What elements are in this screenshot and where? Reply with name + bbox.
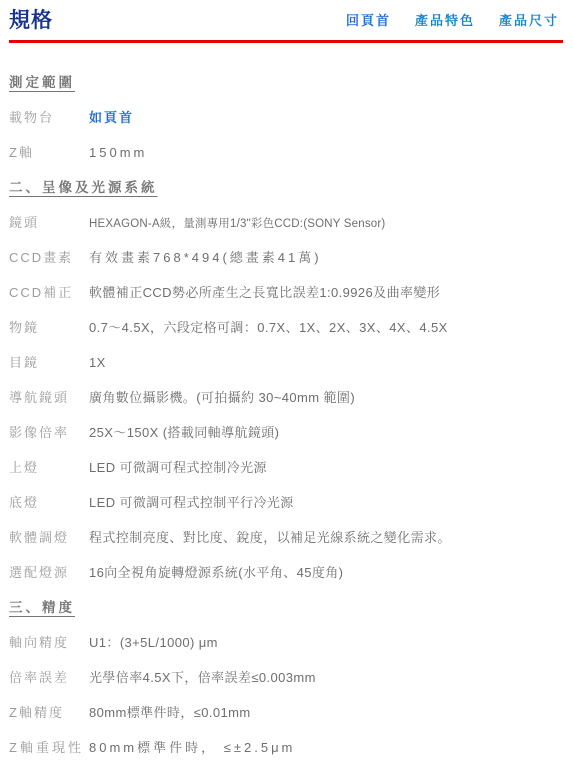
spec-value: 光學倍率4.5X下，倍率誤差≤0.003mm bbox=[89, 671, 316, 685]
spec-row: 導航鏡頭廣角數位攝影機。(可拍攝約 30~40mm 範圍) bbox=[9, 391, 563, 405]
spec-label: 軸向精度 bbox=[9, 636, 89, 650]
spec-section: 二、呈像及光源系統鏡頭HEXAGON-A級，量測專用1/3"彩色CCD:(SON… bbox=[9, 181, 563, 580]
spec-label: 載物台 bbox=[9, 111, 89, 125]
spec-label: 導航鏡頭 bbox=[9, 391, 89, 405]
spec-label: CCD補正 bbox=[9, 286, 89, 300]
spec-label: 選配燈源 bbox=[9, 566, 89, 580]
spec-label: 目鏡 bbox=[9, 356, 89, 370]
spec-label: 底燈 bbox=[9, 496, 89, 510]
spec-row: 倍率誤差光學倍率4.5X下，倍率誤差≤0.003mm bbox=[9, 671, 563, 685]
spec-label: CCD畫素 bbox=[9, 251, 89, 265]
section-heading: 二、呈像及光源系統 bbox=[9, 181, 563, 195]
section-heading: 測定範圍 bbox=[9, 76, 563, 90]
nav-link-product-features[interactable]: 產品特色 bbox=[415, 10, 475, 29]
spec-value: 有效畫素768*494(總畫素41萬) bbox=[89, 251, 322, 265]
spec-row: 鏡頭HEXAGON-A級，量測專用1/3"彩色CCD:(SONY Sensor) bbox=[9, 216, 563, 230]
spec-row: Z軸重現性80mm標準件時， ≤±2.5μm bbox=[9, 741, 563, 755]
spec-value: 16向全視角旋轉燈源系統(水平角、45度角) bbox=[89, 566, 343, 580]
spec-row: 載物台如頁首 bbox=[9, 111, 563, 125]
spec-value: LED 可微調可程式控制冷光源 bbox=[89, 461, 267, 475]
spec-value: 25X～150X (搭載同軸導航鏡頭) bbox=[89, 426, 279, 440]
spec-label: Z軸 bbox=[9, 146, 89, 160]
spec-row: 底燈LED 可微調可程式控制平行冷光源 bbox=[9, 496, 563, 510]
spec-value: 軟體補正CCD勢必所產生之長寬比誤差1:0.9926及曲率變形 bbox=[89, 286, 440, 300]
spec-value: 80mm標準件時， ≤±2.5μm bbox=[89, 741, 295, 755]
spec-label: 影像倍率 bbox=[9, 426, 89, 440]
spec-value: LED 可微調可程式控制平行冷光源 bbox=[89, 496, 294, 510]
spec-page: 規格 回頁首 產品特色 產品尺寸 測定範圍載物台如頁首Z軸150mm二、呈像及光… bbox=[0, 0, 573, 774]
top-nav: 回頁首 產品特色 產品尺寸 bbox=[346, 10, 563, 33]
spec-label: Z軸精度 bbox=[9, 706, 89, 720]
spec-row: 選配燈源16向全視角旋轉燈源系統(水平角、45度角) bbox=[9, 566, 563, 580]
page-header: 規格 回頁首 產品特色 產品尺寸 bbox=[9, 9, 563, 33]
spec-value: 80mm標準件時，≤0.01mm bbox=[89, 706, 251, 720]
spec-value: U1：(3+5L/1000) μm bbox=[89, 636, 218, 650]
nav-link-product-dimensions[interactable]: 產品尺寸 bbox=[499, 10, 559, 29]
spec-label: 物鏡 bbox=[9, 321, 89, 335]
spec-section: 測定範圍載物台如頁首Z軸150mm bbox=[9, 76, 563, 160]
section-heading: 三、精度 bbox=[9, 601, 563, 615]
spec-row: Z軸150mm bbox=[9, 146, 563, 160]
spec-row: 上燈LED 可微調可程式控制冷光源 bbox=[9, 461, 563, 475]
spec-row: 軸向精度U1：(3+5L/1000) μm bbox=[9, 636, 563, 650]
spec-label: 軟體調燈 bbox=[9, 531, 89, 545]
spec-label: 倍率誤差 bbox=[9, 671, 89, 685]
spec-row: CCD補正軟體補正CCD勢必所產生之長寬比誤差1:0.9926及曲率變形 bbox=[9, 286, 563, 300]
spec-row: 物鏡0.7～4.5X，六段定格可調：0.7X、1X、2X、3X、4X、4.5X bbox=[9, 321, 563, 335]
spec-label: 上燈 bbox=[9, 461, 89, 475]
nav-link-back-to-top[interactable]: 回頁首 bbox=[346, 10, 391, 29]
spec-row: 軟體調燈程式控制亮度、對比度、銳度，以補足光線系統之變化需求。 bbox=[9, 531, 563, 545]
page-title: 規格 bbox=[9, 9, 53, 33]
spec-value: 0.7～4.5X，六段定格可調：0.7X、1X、2X、3X、4X、4.5X bbox=[89, 321, 448, 335]
spec-label: Z軸重現性 bbox=[9, 741, 89, 755]
spec-row: CCD畫素有效畫素768*494(總畫素41萬) bbox=[9, 251, 563, 265]
spec-row: 影像倍率25X～150X (搭載同軸導航鏡頭) bbox=[9, 426, 563, 440]
spec-value: HEXAGON-A級，量測專用1/3"彩色CCD:(SONY Sensor) bbox=[89, 216, 385, 231]
spec-value: 廣角數位攝影機。(可拍攝約 30~40mm 範圍) bbox=[89, 391, 355, 405]
spec-section: 三、精度軸向精度U1：(3+5L/1000) μm倍率誤差光學倍率4.5X下，倍… bbox=[9, 601, 563, 755]
spec-row: Z軸精度80mm標準件時，≤0.01mm bbox=[9, 706, 563, 720]
spec-value-link[interactable]: 如頁首 bbox=[89, 111, 134, 125]
spec-value: 程式控制亮度、對比度、銳度，以補足光線系統之變化需求。 bbox=[89, 531, 451, 545]
spec-value: 150mm bbox=[89, 146, 147, 160]
spec-content: 測定範圍載物台如頁首Z軸150mm二、呈像及光源系統鏡頭HEXAGON-A級，量… bbox=[9, 43, 563, 755]
spec-value: 1X bbox=[89, 356, 106, 370]
spec-row: 目鏡1X bbox=[9, 356, 563, 370]
spec-label: 鏡頭 bbox=[9, 216, 89, 230]
